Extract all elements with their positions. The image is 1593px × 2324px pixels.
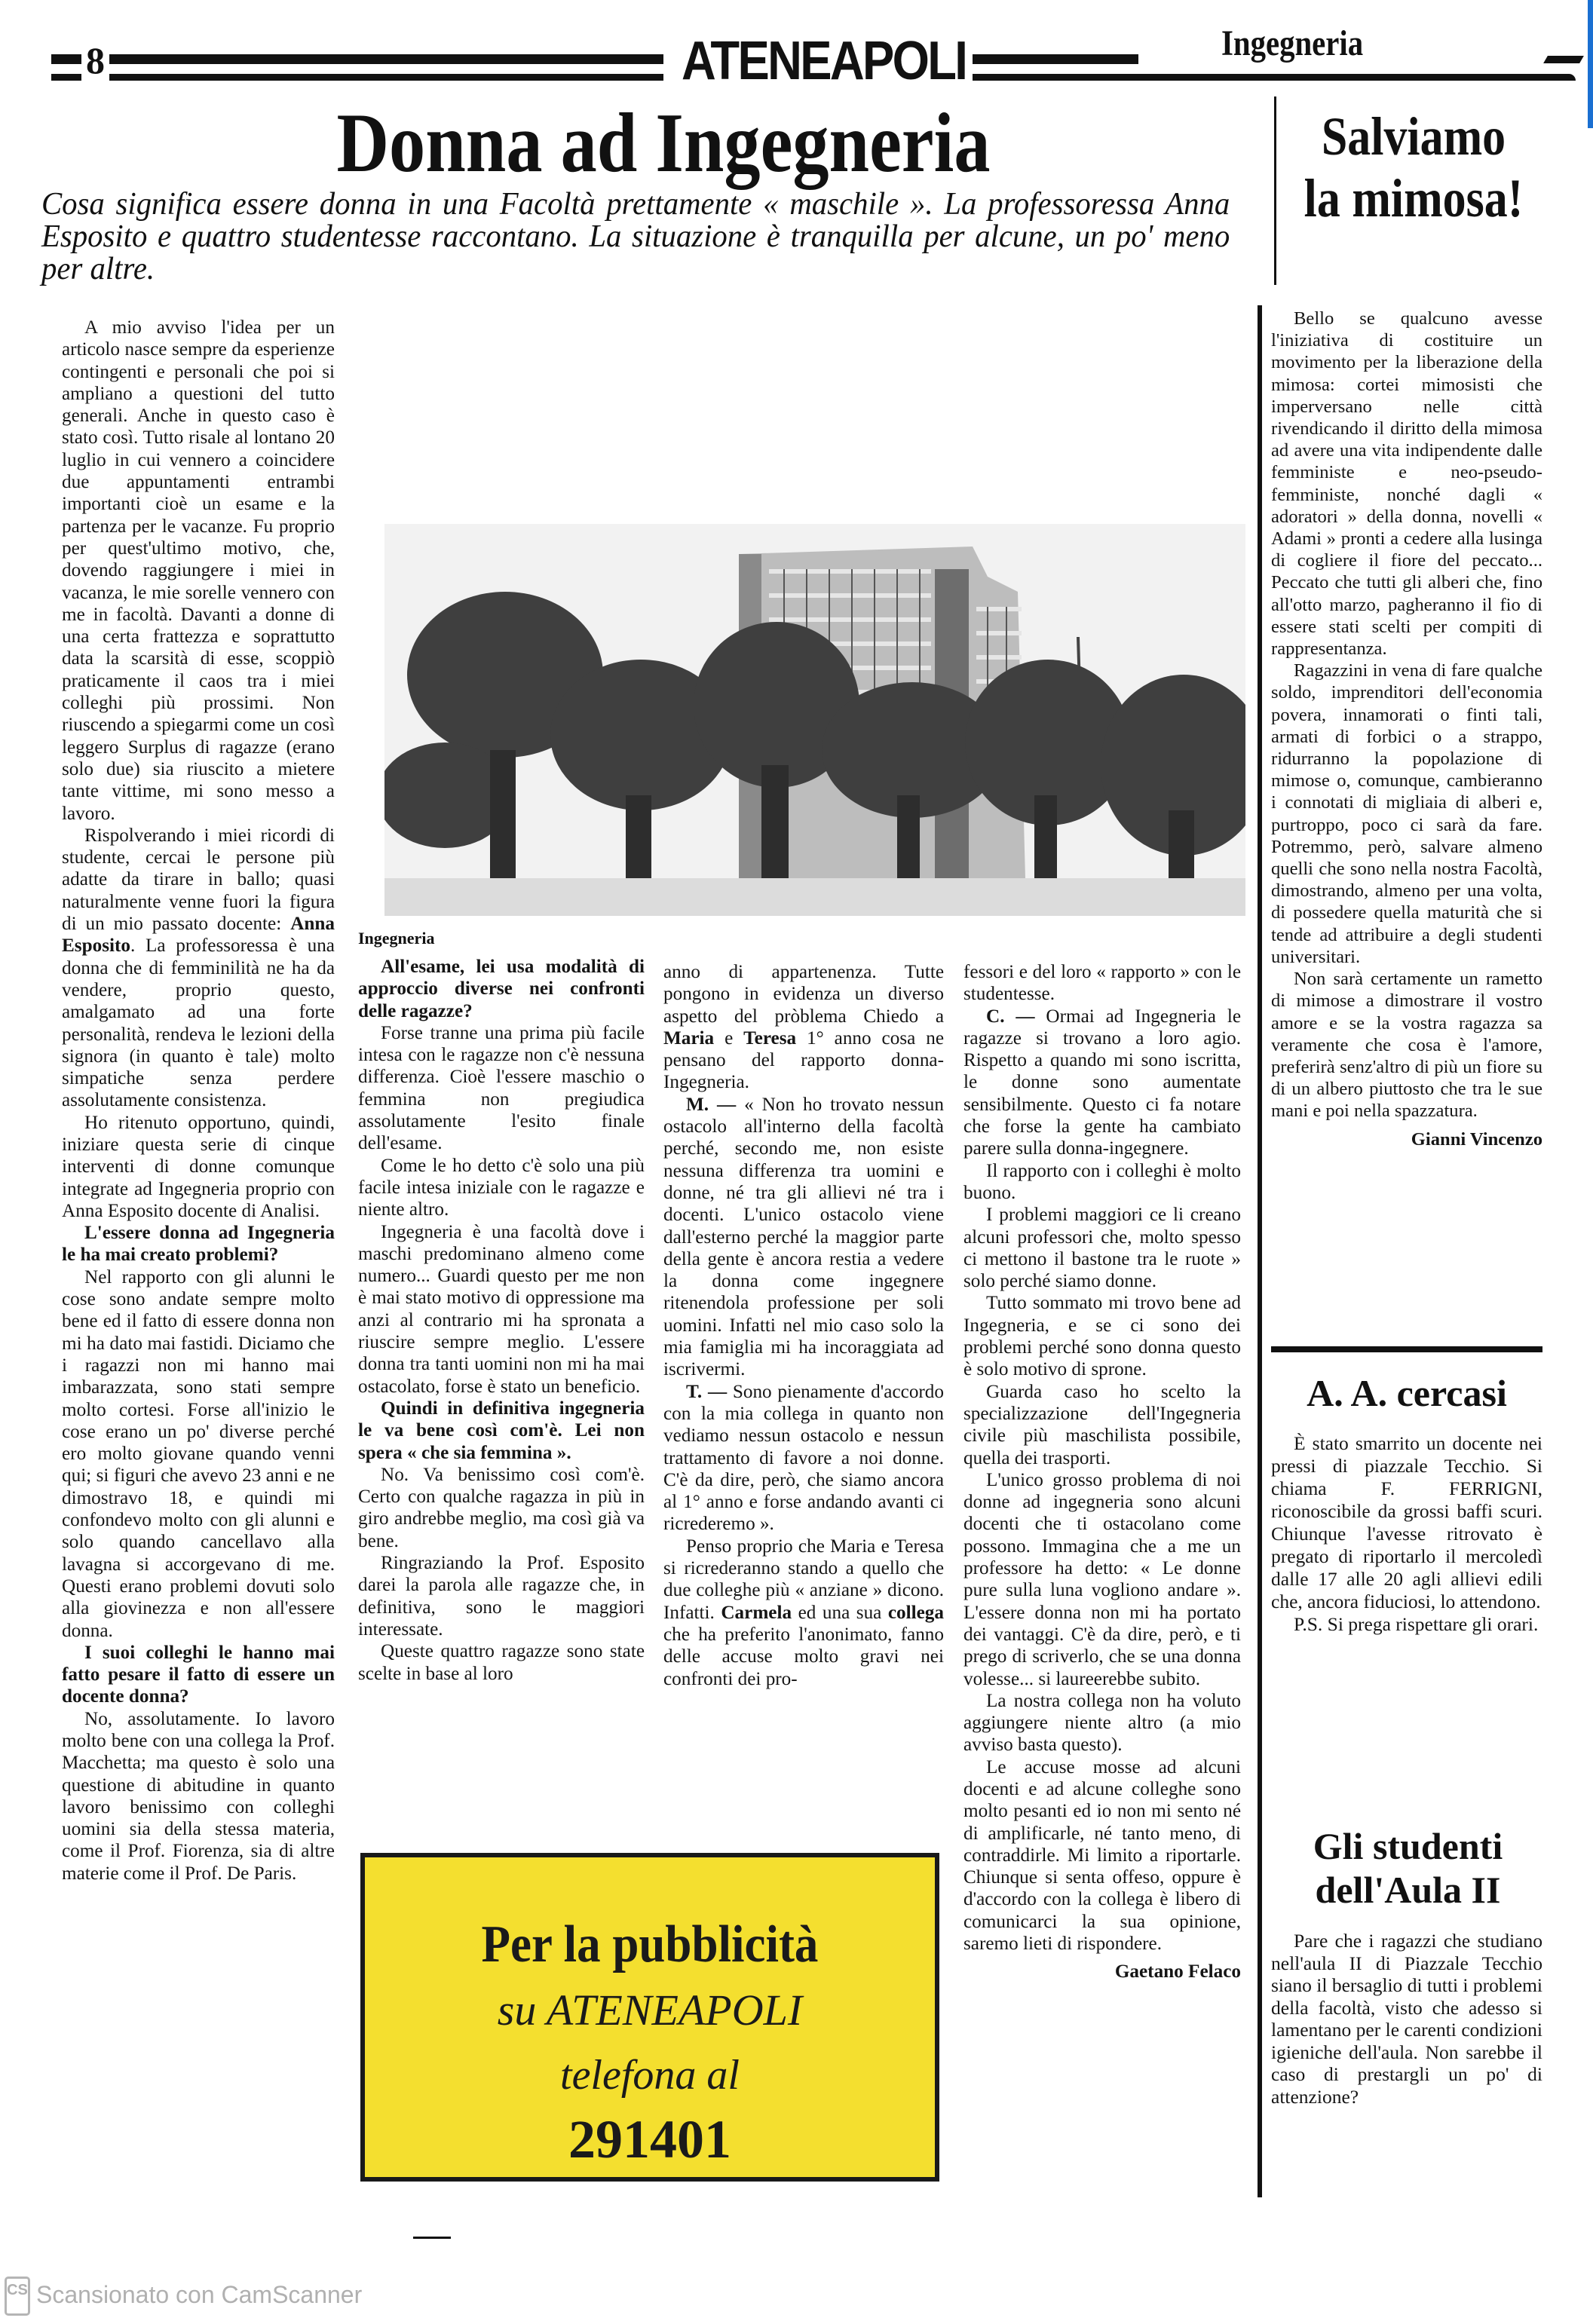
photo-engineering-building <box>384 524 1245 916</box>
interview-question: L'essere donna ad Ingegneria le ha mai c… <box>62 1222 335 1266</box>
ad-headline: Per la pubblicità <box>394 1913 906 1976</box>
paragraph: C. — Ormai ad Ingegneria le ragazze si t… <box>963 1006 1241 1160</box>
mimosa-author: Gianni Vincenzo <box>1271 1128 1542 1150</box>
interview-question: I suoi colleghi le hanno mai fatto pesar… <box>62 1642 335 1708</box>
paragraph: Non sarà certamente un rametto di mimose… <box>1271 968 1542 1122</box>
paragraph: Come le ho detto c'è solo una più facile… <box>358 1155 645 1221</box>
paragraph: I problemi maggiori ce li creano alcuni … <box>963 1204 1241 1292</box>
page-number: 8 <box>81 38 109 83</box>
ateneapoli-logo: ATENEAPOLI <box>682 30 947 92</box>
masthead-rule-corner <box>1543 56 1584 63</box>
paragraph: È stato smarrito un docente nei pressi d… <box>1271 1432 1542 1613</box>
masthead-rule-bottom-left <box>51 74 663 81</box>
paragraph: Bello se qualcuno avesse l'iniziativa di… <box>1271 308 1542 660</box>
paragraph: No. Va benissimo così com'è. Certo con q… <box>358 1464 645 1552</box>
paragraph: M. — « Non ho trovato nessun ostacolo al… <box>663 1094 944 1381</box>
article-column-4: fessori e del loro « rapporto » con le s… <box>963 961 1241 1983</box>
paragraph: Ingegneria è una facoltà dove i maschi p… <box>358 1221 645 1398</box>
article-column-2: All'esame, lei usa modalità di approccio… <box>358 956 645 1685</box>
aula-title: Gli studenti dell'Aula II <box>1282 1824 1534 1912</box>
ad-publication: su ATENEAPOLI <box>365 1984 935 2037</box>
masthead-rule-top-right <box>973 54 1138 64</box>
article-title: Donna ad Ingegneria <box>294 98 1033 188</box>
sidebar-aula-body: Pare che i ragazzi che studiano nell'aul… <box>1271 1930 1542 2108</box>
paragraph: Penso proprio che Maria e Teresa si ricr… <box>663 1536 944 1690</box>
paragraph: Ringraziando la Prof. Esposito darei la … <box>358 1552 645 1640</box>
section-label: Ingegneria <box>1221 21 1363 66</box>
paragraph: Ho ritenuto opportuno, quindi, iniziare … <box>62 1112 335 1222</box>
paragraph: anno di appartenenza. Tutte pongono in e… <box>663 961 944 1094</box>
sidebar-cercasi-body: È stato smarrito un docente nei pressi d… <box>1271 1432 1542 1636</box>
paragraph: Rispolverando i miei ricordi di studente… <box>62 825 335 1112</box>
paragraph: Forse tranne una prima più facile intesa… <box>358 1022 645 1155</box>
paragraph: No, assolutamente. Io lavoro molto bene … <box>62 1708 335 1885</box>
masthead-rule-top-left <box>51 54 663 64</box>
page-bottom-mark <box>413 2237 451 2239</box>
paragraph: Pare che i ragazzi che studiano nell'aul… <box>1271 1930 1542 2108</box>
article-subtitle: Cosa significa essere donna in una Facol… <box>41 188 1230 286</box>
building-palm-trees-image <box>384 524 1245 916</box>
title-divider <box>1274 96 1276 285</box>
paragraph: L'unico grosso problema di noi donne ad … <box>963 1469 1241 1690</box>
article-column-3: anno di appartenenza. Tutte pongono in e… <box>663 961 944 1690</box>
paragraph: La nostra collega non ha voluto aggiunge… <box>963 1690 1241 1756</box>
paragraph: Ragazzini in vena di fare qualche soldo,… <box>1271 660 1542 968</box>
paragraph: Le accuse mosse ad alcuni docenti e ad a… <box>963 1756 1241 1955</box>
paragraph: A mio avviso l'idea per un articolo nasc… <box>62 317 335 825</box>
cercasi-title: A. A. cercasi <box>1271 1369 1542 1417</box>
photo-caption: Ingegneria <box>358 929 434 948</box>
masthead-rule-bottom-right <box>973 74 1576 81</box>
paragraph: Tutto sommato mi trovo bene ad Ingegneri… <box>963 1292 1241 1380</box>
camscanner-logo-icon: CS <box>5 2277 30 2316</box>
sidebar-section-rule <box>1271 1346 1542 1352</box>
article-column-1: A mio avviso l'idea per un articolo nasc… <box>62 317 335 1885</box>
paragraph: Il rapporto con i colleghi è molto buono… <box>963 1160 1241 1205</box>
article-author: Gaetano Felaco <box>963 1961 1241 1983</box>
paragraph: Nel rapporto con gli alunni le cose sono… <box>62 1266 335 1642</box>
sidebar-divider <box>1258 305 1262 2197</box>
paragraph: Queste quattro ragazze sono state scelte… <box>358 1640 645 1685</box>
ad-phone-number: 291401 <box>365 2109 935 2169</box>
sidebar-mimosa-body: Bello se qualcuno avesse l'iniziativa di… <box>1271 308 1542 1150</box>
camscanner-watermark: Scansionato con CamScanner <box>36 2278 362 2311</box>
sidebar-mimosa-title: Salviamo la mimosa! <box>1304 106 1524 229</box>
interview-question: Quindi in definitiva ingegneria le va be… <box>358 1398 645 1464</box>
paragraph: T. — Sono pienamente d'accordo con la mi… <box>663 1381 944 1536</box>
paragraph: P.S. Si prega rispettare gli orari. <box>1271 1613 1542 1636</box>
advertising-box: Per la pubblicità su ATENEAPOLI telefona… <box>360 1853 939 2182</box>
paragraph: Guarda caso ho scelto la specializzazion… <box>963 1381 1241 1469</box>
ad-call-text: telefona al <box>365 2049 935 2102</box>
scan-edge-artifact <box>1588 0 1593 128</box>
paragraph: fessori e del loro « rapporto » con le s… <box>963 961 1241 1006</box>
interview-question: All'esame, lei usa modalità di approccio… <box>358 956 645 1022</box>
